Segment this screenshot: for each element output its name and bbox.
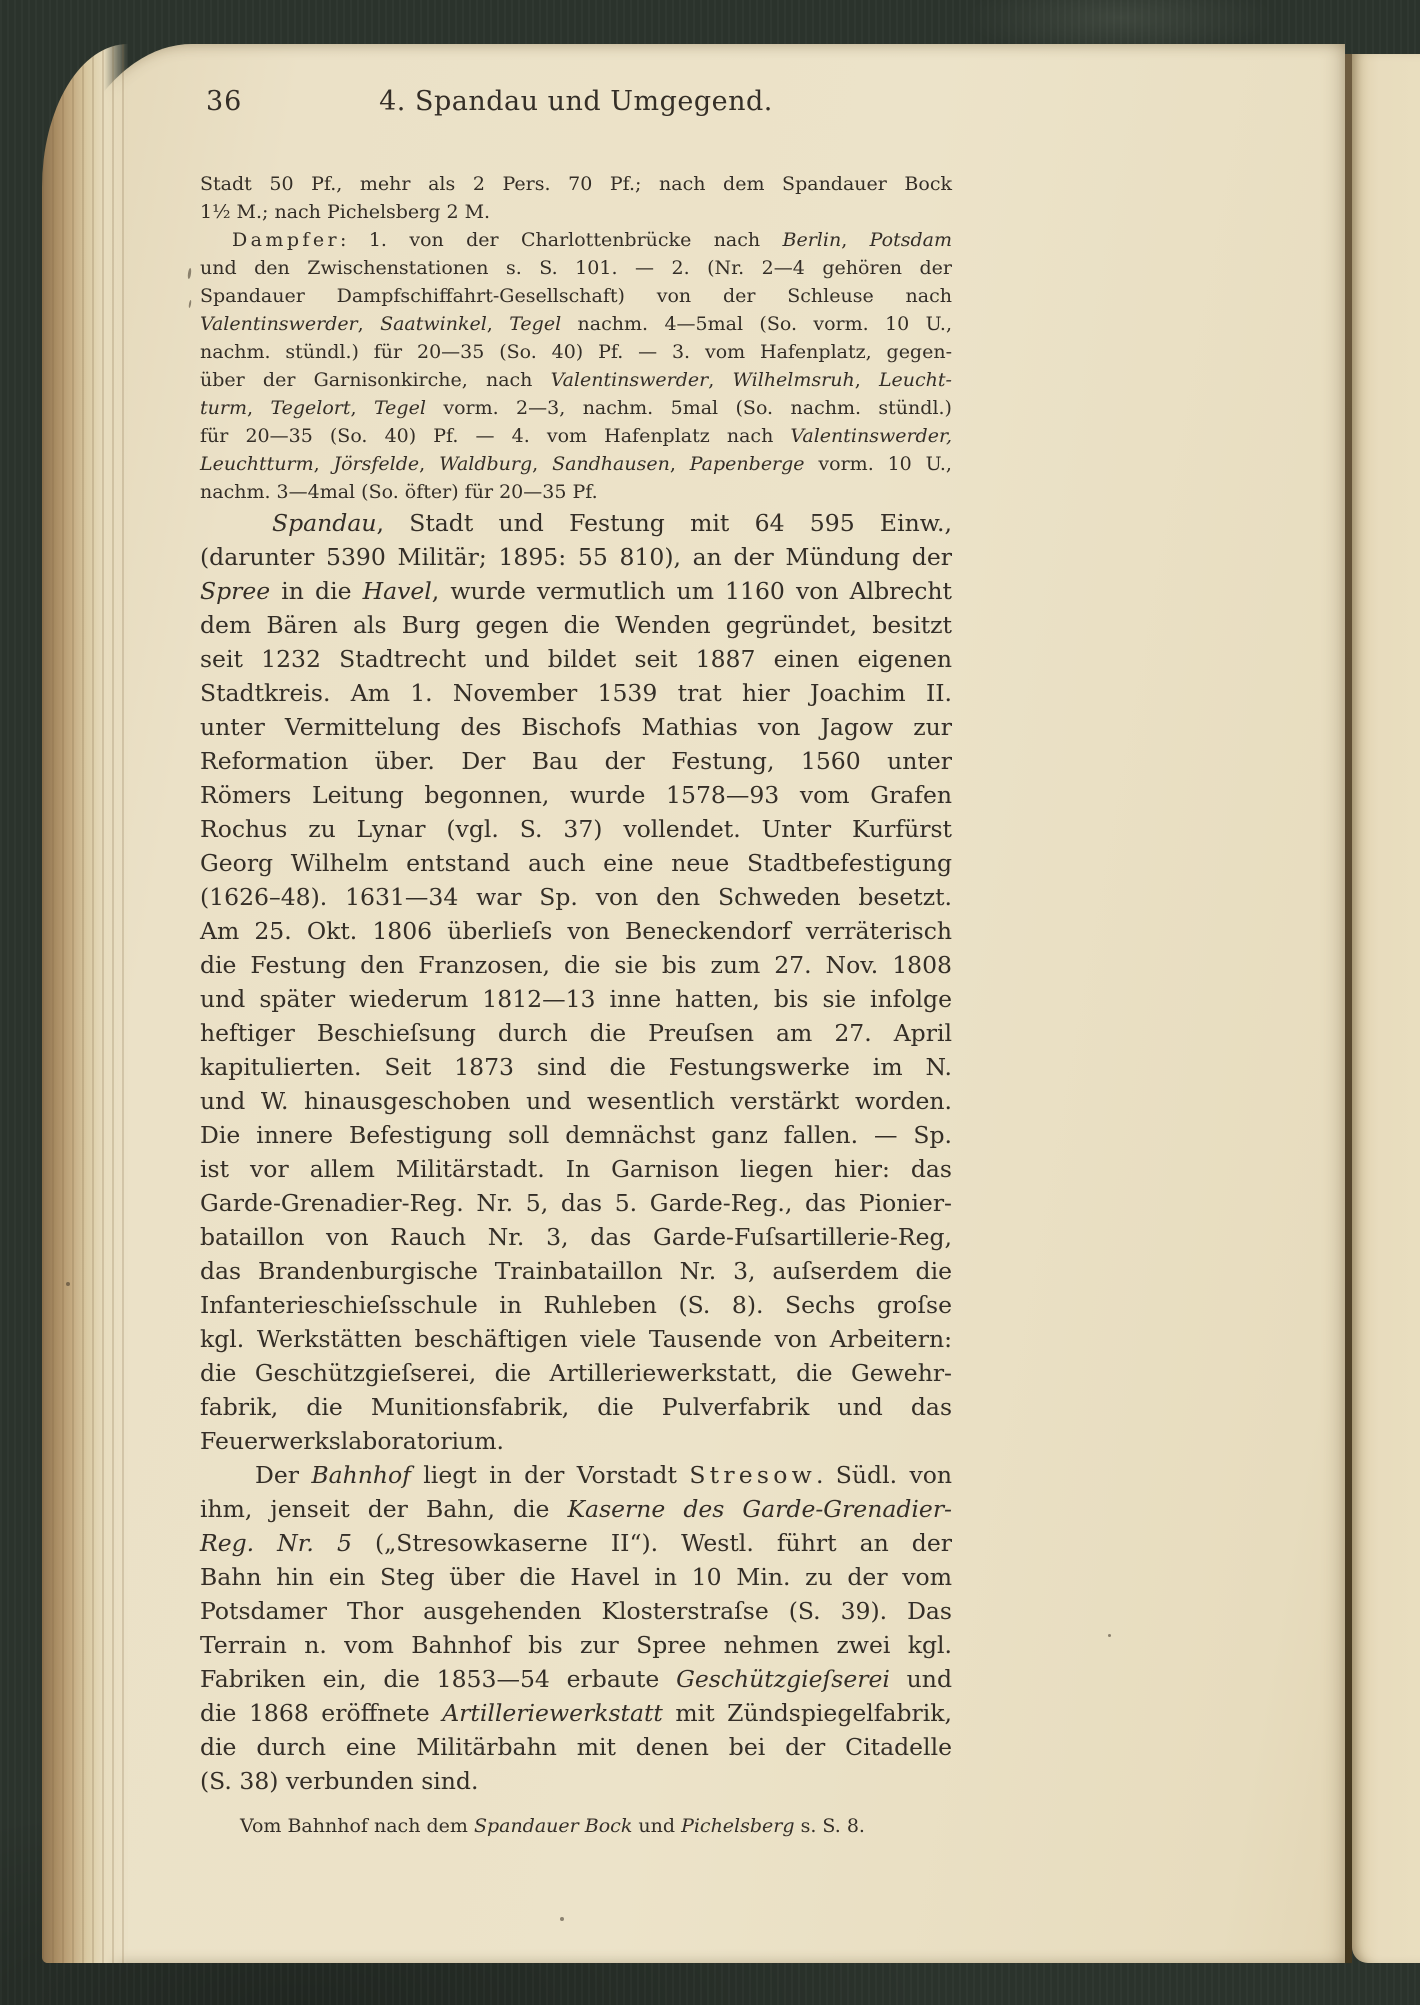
text-segment: und den Zwischenstationen s. S. 101. — 2…: [200, 257, 952, 279]
text-segment: ,: [532, 453, 552, 475]
text-line: Dampfer: 1. von der Charlottenbrücke nac…: [200, 226, 952, 254]
text-line: ist vor allem Militärstadt. In Garnison …: [200, 1152, 952, 1186]
text-segment: ,: [358, 313, 380, 335]
text-segment: für 20—35 (So. 40) Pf. — 4. vom Hafenpla…: [200, 425, 790, 447]
text-line: fabrik, die Munitionsfabrik, die Pulverf…: [200, 1390, 952, 1424]
text-line: Feuerwerkslaboratorium.: [200, 1424, 952, 1458]
italic-text: Papenberge: [690, 453, 805, 475]
text-line: und später wiederum 1812—13 inne hatten,…: [200, 982, 952, 1016]
italic-text: Kaserne des Garde-Grenadier-: [568, 1495, 953, 1523]
italic-text: Pichelsberg: [681, 1815, 794, 1837]
text-line: nachm. 3—4mal (So. öfter) für 20—35 Pf.: [200, 478, 952, 506]
text-segment: 1½ M.; nach Pichelsberg 2 M.: [200, 201, 490, 223]
text-segment: Rochus zu Lynar (vgl. S. 37) vollendet. …: [200, 815, 952, 843]
text-line: Der Bahnhof liegt in der Vorstadt Streso…: [200, 1458, 952, 1492]
text-segment: und W. hinausgeschoben und wesentlich ve…: [200, 1087, 952, 1115]
text-line: Römers Leitung begonnen, wurde 1578—93 v…: [200, 778, 952, 812]
italic-text: Waldburg: [439, 453, 532, 475]
text-segment: Potsdamer Thor ausgehenden Klosterstraſs…: [200, 1597, 952, 1625]
page-gap-shadow: [1345, 54, 1352, 1963]
italic-text: Wilhelmsruh: [732, 369, 854, 391]
letterspaced-text: Stresow: [689, 1461, 816, 1489]
text-line: kgl. Werkstätten beschäftigen viele Taus…: [200, 1322, 952, 1356]
text-segment: ihm, jenseit der Bahn, die: [200, 1495, 568, 1523]
text-segment: Stadt 50 Pf., mehr als 2 Pers. 70 Pf.; n…: [200, 173, 952, 195]
text-segment: mit Zündspiegelfabrik,: [663, 1699, 952, 1727]
text-line: die Festung den Franzosen, die sie bis z…: [200, 948, 952, 982]
text-line: die Geschützgieſserei, die Artilleriewer…: [200, 1356, 952, 1390]
text-segment: vorm. 2—3, nachm. 5mal (So. nachm. stünd…: [426, 397, 952, 419]
text-segment: Die innere Befestigung soll demnächst ga…: [200, 1121, 952, 1149]
bahnhof-footnote: Vom Bahnhof nach dem Spandauer Bock und …: [200, 1812, 952, 1840]
text-segment: die Geschützgieſserei, die Artilleriewer…: [200, 1359, 952, 1387]
text-line: Bahn hin ein Steg über die Havel in 10 M…: [200, 1560, 952, 1594]
text-segment: Reformation über. Der Bau der Festung, 1…: [200, 747, 952, 775]
text-segment: s. S. 8.: [795, 1815, 865, 1837]
text-segment: Terrain n. vom Bahnhof bis zur Spree neh…: [200, 1631, 952, 1659]
italic-text: Sandhausen: [552, 453, 670, 475]
text-segment: Infanterieschieſsschule in Ruhleben (S. …: [200, 1291, 952, 1319]
italic-text: Jörsfelde: [334, 453, 420, 475]
text-line: und den Zwischenstationen s. S. 101. — 2…: [200, 254, 952, 282]
text-segment: unter Vermittelung des Bischofs Mathias …: [200, 713, 952, 741]
italic-text: turm: [200, 397, 247, 419]
text-line: Garde-Grenadier-Reg. Nr. 5, das 5. Garde…: [200, 1186, 952, 1220]
text-segment: (1626–48). 1631—34 war Sp. von den Schwe…: [200, 883, 952, 911]
italic-text: Spree: [200, 577, 270, 605]
text-line: Fabriken ein, die 1853—54 erbaute Geschü…: [200, 1662, 952, 1696]
text-segment: ,: [670, 453, 690, 475]
text-line: Georg Wilhelm entstand auch eine neue St…: [200, 846, 952, 880]
text-segment: das Brandenburgische Trainbataillon Nr. …: [200, 1257, 952, 1285]
text-line: Vom Bahnhof nach dem Spandauer Bock und …: [200, 1812, 952, 1840]
text-segment: Römers Leitung begonnen, wurde 1578—93 v…: [200, 781, 952, 809]
italic-text: Artilleriewerkstatt: [442, 1699, 663, 1727]
text-line: Leuchtturm, Jörsfelde, Waldburg, Sandhau…: [200, 450, 952, 478]
chapter-title: 4. Spandau und Umgegend.: [200, 86, 952, 117]
italic-text: Leucht-: [879, 369, 952, 391]
italic-text: Potsdam: [870, 229, 952, 251]
text-line: Valentinswerder, Saatwinkel, Tegel nachm…: [200, 310, 952, 338]
text-line: über der Garnisonkirche, nach Valentinsw…: [200, 366, 952, 394]
text-line: Spree in die Havel, wurde vermutlich um …: [200, 574, 952, 608]
text-line: (1626–48). 1631—34 war Sp. von den Schwe…: [200, 880, 952, 914]
next-page-edge: [1352, 54, 1420, 1963]
text-segment: ,: [314, 453, 334, 475]
italic-text: Valentinswerder: [200, 313, 358, 335]
book-photograph: 36 4. Spandau und Umgegend. Stadt 50 Pf.…: [0, 0, 1420, 2005]
text-line: bataillon von Rauch Nr. 3, das Garde-Fuſ…: [200, 1220, 952, 1254]
text-line: kapitulierten. Seit 1873 sind die Festun…: [200, 1050, 952, 1084]
text-segment: fabrik, die Munitionsfabrik, die Pulverf…: [200, 1393, 952, 1421]
text-segment: Stadtkreis. Am 1. November 1539 trat hie…: [200, 679, 952, 707]
text-segment: : 1. von der Charlottenbrücke nach: [340, 229, 782, 251]
text-line: und W. hinausgeschoben und wesentlich ve…: [200, 1084, 952, 1118]
text-line: 1½ M.; nach Pichelsberg 2 M.: [200, 198, 952, 226]
text-segment: Der: [255, 1461, 311, 1489]
text-line: Spandau, Stadt und Festung mit 64 595 Ei…: [200, 506, 952, 540]
italic-text: Valentinswerder,: [790, 425, 952, 447]
text-segment: (darunter 5390 Militär; 1895: 55 810), a…: [200, 543, 952, 571]
ink-speck: [187, 268, 192, 279]
text-line: seit 1232 Stadtrecht und bildet seit 188…: [200, 642, 952, 676]
ink-speck: [66, 1282, 70, 1286]
text-segment: und: [890, 1665, 952, 1693]
italic-text: Havel: [363, 577, 432, 605]
text-segment: ,: [708, 369, 732, 391]
text-segment: seit 1232 Stadtrecht und bildet seit 188…: [200, 645, 952, 673]
text-segment: . Südl. von: [816, 1461, 952, 1489]
text-segment: („Stresowkaserne II“). Westl. führt an d…: [352, 1529, 952, 1557]
text-segment: und später wiederum 1812—13 inne hatten,…: [200, 985, 952, 1013]
italic-text: Bahnhof: [311, 1461, 411, 1489]
text-column: Stadt 50 Pf., mehr als 2 Pers. 70 Pf.; n…: [200, 170, 952, 1840]
text-line: (darunter 5390 Militär; 1895: 55 810), a…: [200, 540, 952, 574]
fares-and-steamer-note: Stadt 50 Pf., mehr als 2 Pers. 70 Pf.; n…: [200, 170, 952, 506]
text-line: Spandauer Dampfschiffahrt-Gesellschaft) …: [200, 282, 952, 310]
text-segment: über der Garnisonkirche, nach: [200, 369, 551, 391]
italic-text: Tegel: [509, 313, 561, 335]
text-segment: ist vor allem Militärstadt. In Garnison …: [200, 1155, 952, 1183]
text-line: heftiger Beschieſsung durch die Preuſsen…: [200, 1016, 952, 1050]
ink-speck: [560, 1917, 564, 1921]
text-line: (S. 38) verbunden sind.: [200, 1764, 952, 1798]
italic-text: Berlin: [783, 229, 842, 251]
text-line: Infanterieschieſsschule in Ruhleben (S. …: [200, 1288, 952, 1322]
text-segment: bataillon von Rauch Nr. 3, das Garde-Fuſ…: [200, 1223, 952, 1251]
text-line: turm, Tegelort, Tegel vorm. 2—3, nachm. …: [200, 394, 952, 422]
text-line: nachm. stündl.) für 20—35 (So. 40) Pf. —…: [200, 338, 952, 366]
text-line: die durch eine Militärbahn mit denen bei…: [200, 1730, 952, 1764]
text-segment: nachm. 3—4mal (So. öfter) für 20—35 Pf.: [200, 481, 598, 503]
text-segment: vorm. 10 U.,: [805, 453, 952, 475]
text-segment: ,: [841, 229, 869, 251]
text-segment: , Stadt und Festung mit 64 595 Einw.,: [376, 509, 952, 537]
text-segment: liegt in der Vorstadt: [411, 1461, 689, 1489]
ink-speck: [188, 300, 191, 308]
text-segment: (S. 38) verbunden sind.: [200, 1767, 478, 1795]
left-page: 36 4. Spandau und Umgegend. Stadt 50 Pf.…: [42, 44, 1345, 1963]
page-edge-stack: [42, 44, 128, 1963]
italic-text: Geschützgieſserei: [676, 1665, 890, 1693]
letterspaced-text: Dampfer: [232, 229, 340, 251]
text-segment: ,: [419, 453, 439, 475]
text-segment: ,: [351, 397, 374, 419]
italic-text: Tegelort: [270, 397, 350, 419]
italic-text: Valentinswerder: [551, 369, 709, 391]
text-segment: ,: [855, 369, 879, 391]
bahnhof-paragraph: Der Bahnhof liegt in der Vorstadt Streso…: [200, 1458, 952, 1798]
text-segment: ,: [247, 397, 270, 419]
italic-text: Saatwinkel: [380, 313, 487, 335]
page-number: 36: [206, 86, 242, 117]
text-segment: Spandauer Dampfschiffahrt-Gesellschaft) …: [200, 285, 952, 307]
italic-text: Leuchtturm: [200, 453, 314, 475]
text-line: für 20—35 (So. 40) Pf. — 4. vom Hafenpla…: [200, 422, 952, 450]
text-line: Rochus zu Lynar (vgl. S. 37) vollendet. …: [200, 812, 952, 846]
text-segment: , wurde vermutlich um 1160 von Albrecht: [432, 577, 952, 605]
italic-text: Tegel: [374, 397, 426, 419]
text-line: Reformation über. Der Bau der Festung, 1…: [200, 744, 952, 778]
text-segment: nachm. 4—5mal (So. vorm. 10 U.,: [561, 313, 952, 335]
text-line: Stadtkreis. Am 1. November 1539 trat hie…: [200, 676, 952, 710]
text-segment: Garde-Grenadier-Reg. Nr. 5, das 5. Garde…: [200, 1189, 952, 1217]
italic-text: Reg. Nr. 5: [200, 1529, 352, 1557]
text-line: Die innere Befestigung soll demnächst ga…: [200, 1118, 952, 1152]
text-segment: kapitulierten. Seit 1873 sind die Festun…: [200, 1053, 952, 1081]
text-segment: nachm. stündl.) für 20—35 (So. 40) Pf. —…: [200, 341, 952, 363]
text-segment: Am 25. Okt. 1806 überlieſs von Beneckend…: [200, 917, 952, 945]
text-segment: die 1868 eröffnete: [200, 1699, 442, 1727]
text-line: Stadt 50 Pf., mehr als 2 Pers. 70 Pf.; n…: [200, 170, 952, 198]
text-line: ihm, jenseit der Bahn, die Kaserne des G…: [200, 1492, 952, 1526]
text-segment: die Festung den Franzosen, die sie bis z…: [200, 951, 952, 979]
text-line: Reg. Nr. 5 („Stresowkaserne II“). Westl.…: [200, 1526, 952, 1560]
text-segment: Georg Wilhelm entstand auch eine neue St…: [200, 849, 952, 877]
text-segment: die durch eine Militärbahn mit denen bei…: [200, 1733, 952, 1761]
text-segment: in die: [270, 577, 362, 605]
text-line: die 1868 eröffnete Artilleriewerkstatt m…: [200, 1696, 952, 1730]
text-segment: Bahn hin ein Steg über die Havel in 10 M…: [200, 1563, 952, 1591]
page-header: 36 4. Spandau und Umgegend.: [200, 86, 952, 120]
spandau-history-paragraph: Spandau, Stadt und Festung mit 64 595 Ei…: [200, 506, 952, 1458]
text-line: dem Bären als Burg gegen die Wenden gegr…: [200, 608, 952, 642]
text-segment: heftiger Beschieſsung durch die Preuſsen…: [200, 1019, 952, 1047]
text-segment: Feuerwerkslaboratorium.: [200, 1427, 504, 1455]
text-segment: Fabriken ein, die 1853—54 erbaute: [200, 1665, 676, 1693]
text-line: das Brandenburgische Trainbataillon Nr. …: [200, 1254, 952, 1288]
text-segment: kgl. Werkstätten beschäftigen viele Taus…: [200, 1325, 952, 1353]
ink-speck: [1108, 1634, 1111, 1637]
text-segment: dem Bären als Burg gegen die Wenden gegr…: [200, 611, 952, 639]
text-line: Terrain n. vom Bahnhof bis zur Spree neh…: [200, 1628, 952, 1662]
text-segment: Vom Bahnhof nach dem: [240, 1815, 474, 1837]
text-line: Potsdamer Thor ausgehenden Klosterstraſs…: [200, 1594, 952, 1628]
text-segment: und: [632, 1815, 681, 1837]
italic-text: Spandauer Bock: [474, 1815, 632, 1837]
text-line: unter Vermittelung des Bischofs Mathias …: [200, 710, 952, 744]
text-segment: ,: [487, 313, 509, 335]
text-line: Am 25. Okt. 1806 überlieſs von Beneckend…: [200, 914, 952, 948]
italic-text: Spandau: [272, 509, 376, 537]
